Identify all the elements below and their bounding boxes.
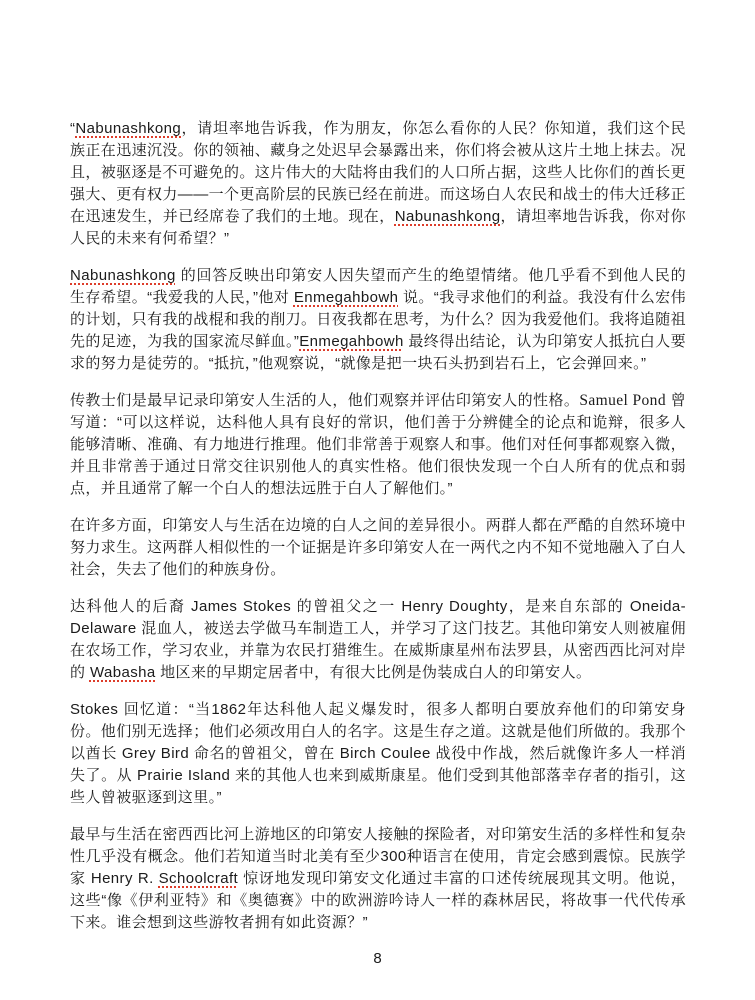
spellcheck-word: Schoolcraft (159, 870, 238, 887)
text-run: 在许多方面，印第安人与生活在边境的白人之间的差异很小。两群人都在严酷的自然环境中… (70, 517, 686, 578)
spellcheck-word: Enmegahbowh (294, 289, 398, 306)
text-run: 地区来的早期定居者中，有很大比例是伪装成白人的印第安人。 (156, 664, 592, 681)
paragraph-4: 在许多方面，印第安人与生活在边境的白人之间的差异很小。两群人都在严酷的自然环境中… (70, 515, 686, 581)
spellcheck-word: Enmegahbowh (299, 333, 403, 350)
page-number: 8 (0, 948, 755, 970)
spellcheck-word: Wabasha (90, 664, 156, 681)
spellcheck-word: Nabunashkong (395, 208, 501, 225)
paragraph-3: 传教士们是最早记录印第安人生活的人，他们观察并评估印第安人的性格。Samuel … (70, 390, 686, 500)
paragraph-7: 最早与生活在密西西比河上游地区的印第安人接触的探险者，对印第安生活的多样性和复杂… (70, 824, 686, 934)
text-run: Stokes 回忆道：“当1862年达科他人起义爆发时，很多人都明白要放弃他们的… (70, 701, 686, 806)
paragraph-5: 达科他人的后裔 James Stokes 的曾祖父之一 Henry Dought… (70, 596, 686, 684)
document-page: “Nabunashkong，请坦率地告诉我，作为朋友，你怎么看你的人民？你知道，… (0, 0, 755, 1000)
paragraph-1: “Nabunashkong，请坦率地告诉我，作为朋友，你怎么看你的人民？你知道，… (70, 118, 686, 250)
paragraph-6: Stokes 回忆道：“当1862年达科他人起义爆发时，很多人都明白要放弃他们的… (70, 699, 686, 809)
spellcheck-word: Nabunashkong (70, 267, 176, 284)
text-run: 传教士们是最早记录印第安人生活的人，他们观察并评估印第安人的性格。 (70, 392, 579, 409)
document-body: “Nabunashkong，请坦率地告诉我，作为朋友，你怎么看你的人民？你知道，… (70, 118, 686, 949)
paragraph-2: Nabunashkong 的回答反映出印第安人因失望而产生的绝望情绪。他几乎看不… (70, 265, 686, 375)
spellcheck-word: Nabunashkong (75, 120, 181, 137)
serif-name: Samuel Pond (579, 392, 666, 409)
